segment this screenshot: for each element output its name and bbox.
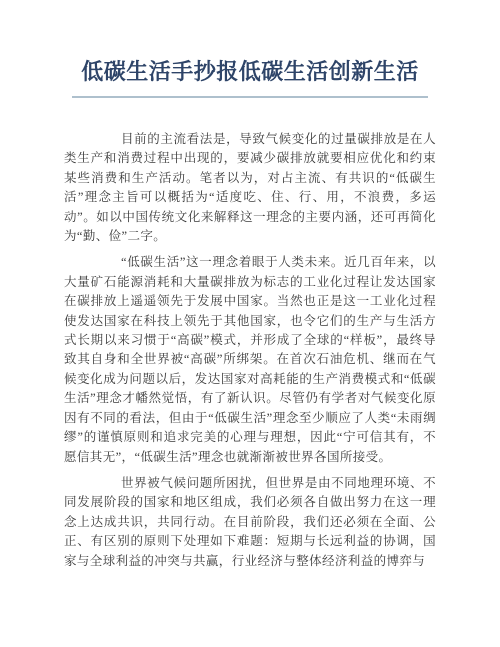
article-page: 低碳生活手抄报低碳生活创新生活 目前的主流看法是，导致气候变化的过量碳排放是在人…	[0, 0, 500, 647]
article-body: 目前的主流看法是，导致气候变化的过量碳排放是在人类生产和消费过程中出现的，要减少…	[64, 130, 436, 578]
paragraph-1: 目前的主流看法是，导致气候变化的过量碳排放是在人类生产和消费过程中出现的，要减少…	[64, 130, 436, 246]
paragraph-2: “低碳生活”这一理念着眼于人类未来。近几百年来，以大量矿石能源消耗和大量碳排放为…	[64, 253, 436, 466]
article-title: 低碳生活手抄报低碳生活创新生活	[0, 56, 500, 88]
title-divider	[72, 96, 428, 98]
paragraph-3: 世界被气候问题所困扰，但世界是由不同地理环境、不同发展阶段的国家和地区组成，我们…	[64, 474, 436, 571]
